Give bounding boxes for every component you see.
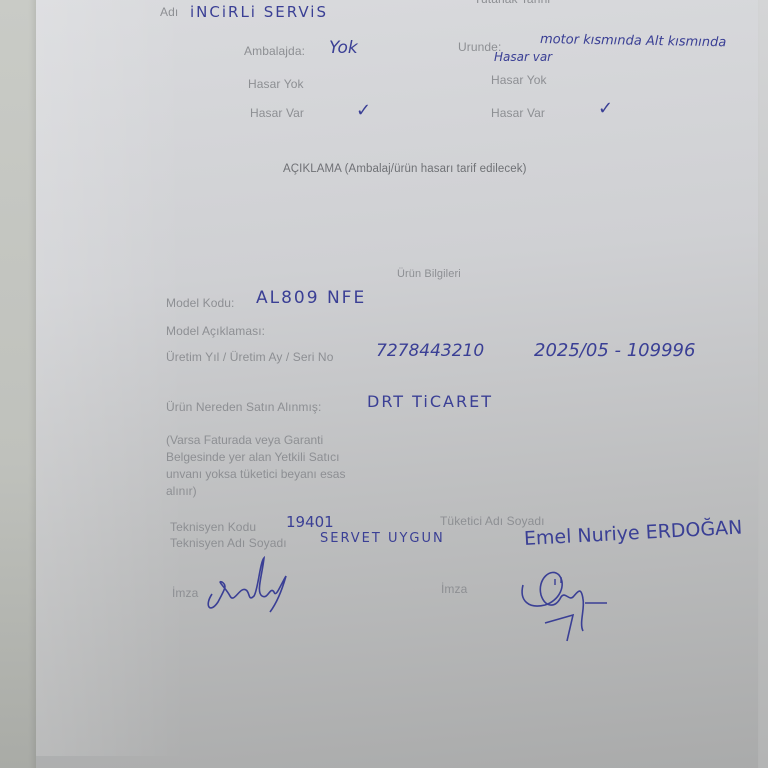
paper-shading xyxy=(36,0,186,756)
product-damage-desc-line1: motor kısmında Alt kısmında xyxy=(540,32,727,50)
technician-name-value: SERVET UYGUN xyxy=(320,531,445,546)
purchase-place-note: (Varsa Faturada veya Garanti Belgesinde … xyxy=(166,432,345,500)
product-no-damage-label: Hasar Yok xyxy=(491,73,547,87)
service-name-label: Adı xyxy=(160,5,178,19)
packaging-label: Ambalajda: xyxy=(244,44,305,58)
report-date-label: Tutanak Tarihi xyxy=(474,0,550,6)
purchase-note-line: Belgesinde yer alan Yetkili Satıcı xyxy=(166,449,345,466)
purchase-note-line: alınır) xyxy=(166,483,345,500)
model-code-label: Model Kodu: xyxy=(166,296,234,310)
purchase-place-value: DRT TiCARET xyxy=(367,392,493,411)
customer-signature-label: İmza xyxy=(441,582,467,596)
model-code-value: AL809 NFE xyxy=(256,288,366,308)
technician-name-label: Teknisyen Adı Soyadı xyxy=(170,536,287,550)
packaging-no-damage-label: Hasar Yok xyxy=(248,77,304,91)
customer-signature xyxy=(515,565,615,645)
production-date-serial-value: 2025/05 - 109996 xyxy=(534,340,695,361)
technician-code-value: 19401 xyxy=(286,513,334,531)
product-damage-checkmark: ✓ xyxy=(598,98,613,119)
production-code-value: 7278443210 xyxy=(376,341,484,361)
model-description-label: Model Açıklaması: xyxy=(166,324,265,338)
packaging-damage-label: Hasar Var xyxy=(250,106,304,120)
production-info-label: Üretim Yıl / Üretim Ay / Seri No xyxy=(166,350,333,364)
description-heading: AÇIKLAMA (Ambalaj/ürün hasarı tarif edil… xyxy=(283,163,527,175)
service-name-value: iNCiRLi SERViS xyxy=(190,3,328,21)
technician-signature-label: İmza xyxy=(172,586,198,600)
purchase-note-line: (Varsa Faturada veya Garanti xyxy=(166,432,345,449)
packaging-value: Yok xyxy=(329,38,358,58)
purchase-place-label: Ürün Nereden Satın Alınmış: xyxy=(166,400,321,414)
product-damage-desc-line2: Hasar var xyxy=(494,50,552,64)
technician-signature xyxy=(200,556,300,616)
packaging-damage-checkmark: ✓ xyxy=(356,100,371,121)
product-info-heading: Ürün Bilgileri xyxy=(397,268,461,280)
technician-code-label: Teknisyen Kodu xyxy=(170,520,256,534)
form-sheet xyxy=(36,0,758,768)
product-damage-label: Hasar Var xyxy=(491,106,545,120)
purchase-note-line: unvanı yoksa tüketici beyanı esas xyxy=(166,466,345,483)
customer-name-label: Tüketici Adı Soyadı xyxy=(440,514,545,528)
